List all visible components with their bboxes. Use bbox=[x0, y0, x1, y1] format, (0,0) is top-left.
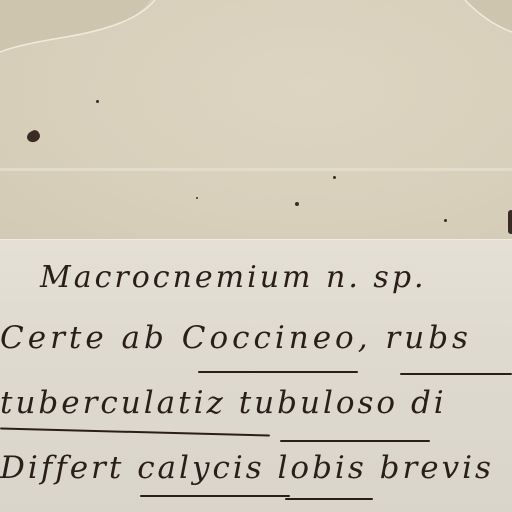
speck bbox=[196, 197, 198, 199]
underline bbox=[285, 498, 373, 500]
specimen-label: Macrocnemium n. sp. Certe ab Coccineo, r… bbox=[0, 240, 512, 512]
paper-fold bbox=[0, 168, 512, 171]
speck bbox=[444, 219, 447, 222]
herbarium-sheet bbox=[0, 0, 512, 248]
speck bbox=[96, 100, 99, 103]
label-line-3: tuberculatiz tubuloso di bbox=[0, 385, 447, 421]
underline bbox=[280, 440, 430, 442]
label-line-2: Certe ab Coccineo, rubs bbox=[0, 320, 472, 356]
underline bbox=[198, 371, 358, 373]
sheet-top-edge bbox=[0, 0, 512, 60]
label-line-1: Macrocnemium n. sp. bbox=[40, 260, 427, 295]
speck bbox=[508, 210, 512, 234]
label-line-4: Differt calycis lobis brevis bbox=[0, 450, 494, 486]
underline bbox=[0, 427, 270, 436]
speck bbox=[333, 176, 336, 179]
ink-spot bbox=[25, 128, 42, 144]
underline bbox=[140, 495, 290, 497]
speck bbox=[295, 202, 299, 206]
underline bbox=[400, 373, 512, 375]
